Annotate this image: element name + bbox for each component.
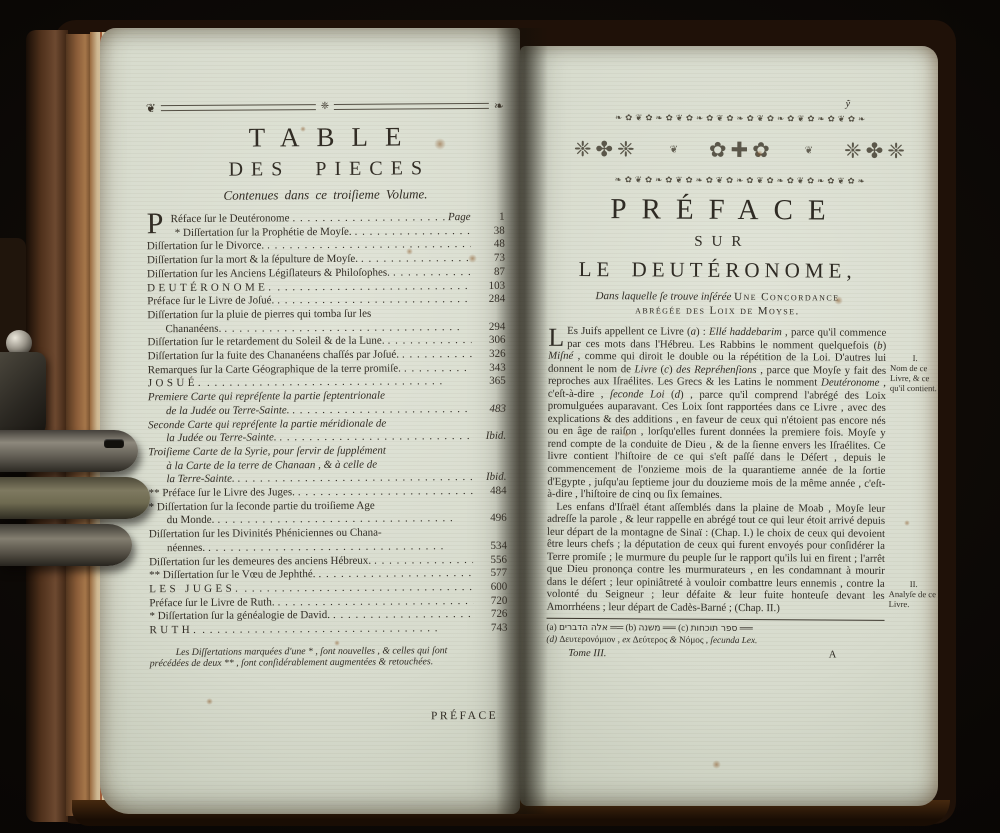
- preface-title-sur: SUR: [549, 233, 887, 252]
- toc-page-number: 720: [473, 594, 507, 608]
- ornamental-rule: ❦ ❈ ❧: [146, 99, 504, 115]
- toc-row: du Monde.. . . . . . . . . . . . . . . .…: [149, 512, 507, 528]
- page-edges-leather: [66, 34, 90, 816]
- foxing-stain: [904, 520, 910, 526]
- text-segment: , ex: [615, 634, 632, 644]
- toc-entry-label: Diſſertation ſur la mort & la ſépulture …: [147, 253, 358, 268]
- toc-entry-label: * Diſſertation ſur la généalogie de Davi…: [149, 609, 330, 624]
- ornament-medallion: ✿✚✿: [709, 138, 774, 162]
- toc-page-number: 284: [471, 293, 505, 307]
- toc-row: JOSUÉ.. . . . . . . . . . . . . . . . . …: [148, 375, 506, 391]
- text-segment: Miſné: [548, 350, 573, 362]
- preface-body: LEs Juifs appellent ce Livre (a) : Ellé …: [547, 325, 887, 616]
- toc-page-number: 534: [473, 540, 507, 554]
- foxing-stain: [756, 150, 763, 157]
- toc-volume-subtitle: Contenues dans ce troiſieme Volume.: [146, 186, 504, 204]
- text-segment: abrégée des Loix de Moyse.: [635, 304, 800, 317]
- dot-leader: . . . . . . . . . . . . . . . . . . . . …: [204, 375, 472, 391]
- clasp-finger: [0, 477, 150, 519]
- toc-entry-label: * Diſſertation ſur la Prophétie de Moyſe…: [175, 226, 352, 241]
- text-segment: ══: [737, 623, 752, 633]
- foxing-stain: [434, 138, 446, 150]
- toc-entry-label: Préface ſur le Livre de Ruth.: [149, 596, 274, 611]
- toc-entry-label: JOSUÉ.: [148, 377, 204, 391]
- dot-leader: . . . . . . . . . . . . . . . . . . . . …: [401, 362, 472, 376]
- dot-leader: . . . . . . . . . . . . . . . . . . . . …: [264, 238, 471, 253]
- catchword: PRÉFACE: [150, 710, 508, 724]
- toc-page-number: 484: [473, 485, 507, 499]
- dot-leader: . . . . . . . . . . . . . . . . . . . . …: [352, 225, 471, 240]
- rule-line: [161, 104, 316, 111]
- foxing-stain: [468, 254, 477, 263]
- text-segment: Δεύτερος: [633, 634, 668, 644]
- preface-subtitle-line: abrégée des Loix de Moyse.: [548, 303, 886, 319]
- fleuron-icon: ❦: [670, 144, 678, 155]
- body-paragraph: LEs Juifs appellent ce Livre (a) : Ellé …: [547, 325, 886, 503]
- toc-page-number: 103: [471, 279, 505, 293]
- margin-note: I.Nom de ce Livre, & ce qu'il contient.: [890, 353, 940, 393]
- drop-cap: P: [147, 210, 164, 238]
- toc-page-number: 1: [471, 211, 505, 225]
- dot-leader: . . . . . . . . . . . . . . . . . . . . …: [289, 403, 472, 418]
- toc-title: TABLE: [146, 121, 504, 154]
- text-segment: ) , parce qu'il comprend l'abrégé des Lo…: [547, 388, 886, 501]
- left-page-content: ❦ ❈ ❧ TABLE DES PIECES Contenues dans ce…: [146, 99, 508, 724]
- signature-mark: ỹ: [846, 99, 851, 110]
- dot-leader: . . . . . . . . . . . . . . . . . . . . …: [275, 595, 474, 610]
- dot-leader: . . . . . . . . . . . . . . . . . . . . …: [289, 211, 448, 226]
- hebrew-text: ספר תוכחות: [691, 623, 738, 633]
- foxing-stain: [624, 432, 629, 437]
- footnote-line: (d) Δευτερονόμιον , ex Δεύτερος & Νόμος …: [546, 633, 884, 646]
- fleuron-icon: ❦: [805, 145, 813, 156]
- toc-entry-label: ** Diſſertation ſur le Vœu de Jephthé.: [149, 568, 315, 583]
- page-word: Page: [448, 211, 471, 225]
- ornament-medallion: ❈✤❈: [574, 137, 639, 161]
- toc-page-number: 577: [473, 567, 507, 581]
- text-segment: Ellé haddebarim: [709, 326, 782, 338]
- dot-leader: . . . . . . . . . . . . . . . . . . . . …: [399, 348, 472, 362]
- hebrew-text: משנה: [639, 623, 661, 633]
- fleuron-icon: ❈: [321, 101, 329, 113]
- toc-title-line2: DES PIECES: [146, 157, 504, 182]
- ornament-row: ❧✿❦✿❧✿❦✿❧✿❦✿❧✿❦✿❧✿❦✿❧✿❦✿❧: [558, 175, 924, 187]
- margin-note: II.Analyſe de ce Livre.: [889, 579, 939, 609]
- toc-footnote-line: précédées de deux ** , ſont conſidérable…: [150, 656, 508, 670]
- text-segment: (: [664, 388, 674, 400]
- toc-entry-label: RUTH.: [149, 624, 199, 638]
- dot-leader: . . . . . . . . . . . . . . . . . . . . …: [214, 512, 472, 528]
- text-segment: (a): [546, 621, 559, 631]
- toc-entry-label: ** Préface ſur le Livre des Juges.: [149, 486, 295, 501]
- toc-page-number: 365: [472, 375, 506, 389]
- toc-row: ** Préface ſur le Livre des Juges.. . . …: [149, 485, 507, 501]
- text-segment: des Repréhenſions: [676, 363, 756, 375]
- preface-title: PRÉFACE: [549, 193, 887, 228]
- toc-page-number: 326: [472, 348, 506, 362]
- toc-entry-label: néennes.: [167, 542, 205, 556]
- dot-leader: . . . . . . . . . . . . . . . . . . . . …: [199, 622, 473, 638]
- text-segment: Deutéronome: [821, 377, 879, 389]
- text-segment: &: [667, 634, 679, 644]
- dot-leader: . . . . . . . . . . . . . . . . . . . . …: [358, 252, 471, 266]
- clasp-plate: [0, 352, 46, 438]
- toc-page-number: 48: [471, 238, 505, 252]
- toc-entry-label: LES JUGES.: [149, 583, 241, 597]
- toc-entry-label: DEUTÉRONOME.: [147, 281, 274, 296]
- body-paragraph: Les enfans d'Iſraël étant aſſemblés dans…: [547, 500, 886, 615]
- foxing-stain: [300, 126, 306, 132]
- toc-row: de la Judée ou Terre-Sainte.. . . . . . …: [148, 403, 506, 419]
- foxing-stain: [206, 698, 213, 705]
- dot-leader: . . . . . . . . . . . . . . . . . . . . …: [295, 485, 473, 500]
- toc-page-number: 87: [471, 266, 505, 280]
- footnotes: (a) אלה הדברים ══ (b) משנה ══ (c) ספר תו…: [546, 617, 884, 646]
- fleuron-icon: ❧: [494, 100, 504, 112]
- toc-page-number: 294: [471, 320, 505, 334]
- text-segment: ſeconde Loi: [610, 388, 665, 400]
- dot-leader: . . . . . . . . . . . . . . . . . . . . …: [385, 334, 472, 348]
- text-segment: ): [883, 339, 887, 351]
- toc-row: Préface ſur le Livre de Joſué.. . . . . …: [147, 293, 505, 309]
- foxing-stain: [712, 760, 721, 769]
- toc-page-number: 496: [473, 512, 507, 526]
- toc-page-number: 483: [472, 403, 506, 417]
- dot-leader: . . . . . . . . . . . . . . . . . . . . …: [390, 266, 471, 280]
- toc-entry-label: Diſſertation ſur le Divorce.: [147, 240, 264, 255]
- toc-entry-label: Préface ſur le Livre de Joſué.: [147, 295, 274, 310]
- dot-leader: . . . . . . . . . . . . . . . . . . . . …: [277, 430, 473, 445]
- toc-page-number: 306: [471, 334, 505, 348]
- margin-note-number: I.: [890, 353, 940, 363]
- clasp-finger: [0, 430, 138, 472]
- clasp-finger: [0, 524, 132, 566]
- ornament-medallion: ❈✤❈: [844, 139, 909, 163]
- text-segment: (d): [546, 633, 559, 643]
- preface-title-deuteronome: LE DEUTÉRONOME,: [549, 257, 887, 284]
- headpiece-ornament: ❧✿❦✿❧✿❦✿❧✿❦✿❧✿❦✿❧✿❦✿❧✿❦✿❧ ❈✤❈❦✿✚✿❦❈✤❈ ❧✿…: [553, 111, 929, 189]
- text-segment: ══ (b): [608, 622, 639, 632]
- toc-entry-label: la Judée ou Terre-Sainte.: [166, 432, 276, 446]
- text-segment: Νόμος: [679, 634, 703, 644]
- toc-entry-label: Chananéens.: [165, 322, 221, 336]
- toc-row: la Judée ou Terre-Sainte.. . . . . . . .…: [148, 430, 506, 446]
- dot-leader: . . . . . . . . . . . . . . . . . . . . …: [371, 554, 473, 568]
- toc-page-number: Ibid.: [472, 430, 506, 444]
- fleuron-icon: ❦: [146, 102, 156, 114]
- toc-entry-label: à la Carte de la terre de Chanaan , & à …: [166, 458, 377, 473]
- ornament-medallions: ❈✤❈❦✿✚✿❦❈✤❈: [558, 137, 924, 163]
- toc-page-number: 600: [473, 581, 507, 595]
- toc-entry-label: la Terre-Sainte.: [166, 473, 234, 487]
- signature-line: Tome III. A: [546, 647, 884, 660]
- text-segment: ) :: [696, 326, 709, 338]
- foxing-stain: [334, 640, 340, 646]
- gathering-signature: A: [829, 649, 837, 660]
- table-of-contents: P Réface ſur le Deutéronome. . . . . . .…: [147, 211, 508, 638]
- margin-note-text: Nom de ce Livre, & ce qu'il contient.: [890, 363, 937, 393]
- toc-page-number: 743: [473, 622, 507, 636]
- text-segment: , ſecunda Lex.: [703, 634, 757, 644]
- dot-leader: . . . . . . . . . . . . . . . . . . . . …: [330, 608, 474, 623]
- text-segment: Es Juifs appellent ce Livre (: [567, 325, 690, 338]
- book-photo: ❦ ❈ ❧ TABLE DES PIECES Contenues dans ce…: [0, 0, 1000, 833]
- ornament-row: ❧✿❦✿❧✿❦✿❧✿❦✿❧✿❦✿❧✿❦✿❧✿❦✿❧: [559, 113, 925, 125]
- drop-cap: L: [548, 325, 567, 349]
- foxing-stain: [406, 248, 413, 255]
- rule-line: [334, 103, 489, 110]
- margin-note-number: II.: [889, 579, 939, 589]
- tome-label: Tome III.: [568, 648, 606, 659]
- foxing-stain: [834, 296, 843, 305]
- toc-entry-label: Réface ſur le Deutéronome: [171, 212, 290, 227]
- text-segment: Dans laquelle ſe trouve inſérée: [596, 290, 735, 303]
- toc-page-number: 726: [473, 608, 507, 622]
- text-segment: Les enfans d'Iſraël étant aſſemblés dans…: [547, 501, 886, 615]
- hebrew-text: אלה הדברים: [559, 622, 608, 632]
- toc-page-number: 38: [471, 224, 505, 238]
- toc-footnote: Les Diſſertations marquées d'une * , ſon…: [150, 645, 508, 671]
- toc-entry-label: du Monde.: [167, 514, 215, 528]
- right-page-content: ỹ ❧✿❦✿❧✿❦✿❧✿❦✿❧✿❦✿❧✿❦✿❧✿❦✿❧ ❈✤❈❦✿✚✿❦❈✤❈ …: [546, 95, 941, 661]
- toc-page-number: 556: [473, 553, 507, 567]
- toc-entry-label: de la Judée ou Terre-Sainte.: [166, 404, 290, 419]
- dot-leader: . . . . . . . . . . . . . . . . . . . . …: [274, 280, 471, 295]
- text-segment: ══ (c): [660, 622, 690, 632]
- dot-leader: . . . . . . . . . . . . . . . . . . . . …: [274, 293, 471, 308]
- toc-page-number: Ibid.: [472, 471, 506, 485]
- toc-page-number: 343: [472, 361, 506, 375]
- text-segment: Livre: [635, 363, 657, 375]
- preface-column: PRÉFACE SUR LE DEUTÉRONOME, Dans laquell…: [546, 193, 887, 661]
- dot-leader: . . . . . . . . . . . . . . . . . . . . …: [315, 567, 473, 582]
- margin-note-text: Analyſe de ce Livre.: [889, 589, 936, 609]
- text-segment: Une Concordance: [734, 291, 839, 304]
- toc-row: RUTH.. . . . . . . . . . . . . . . . . .…: [149, 622, 507, 638]
- text-segment: Δευτερονόμιον: [559, 633, 615, 643]
